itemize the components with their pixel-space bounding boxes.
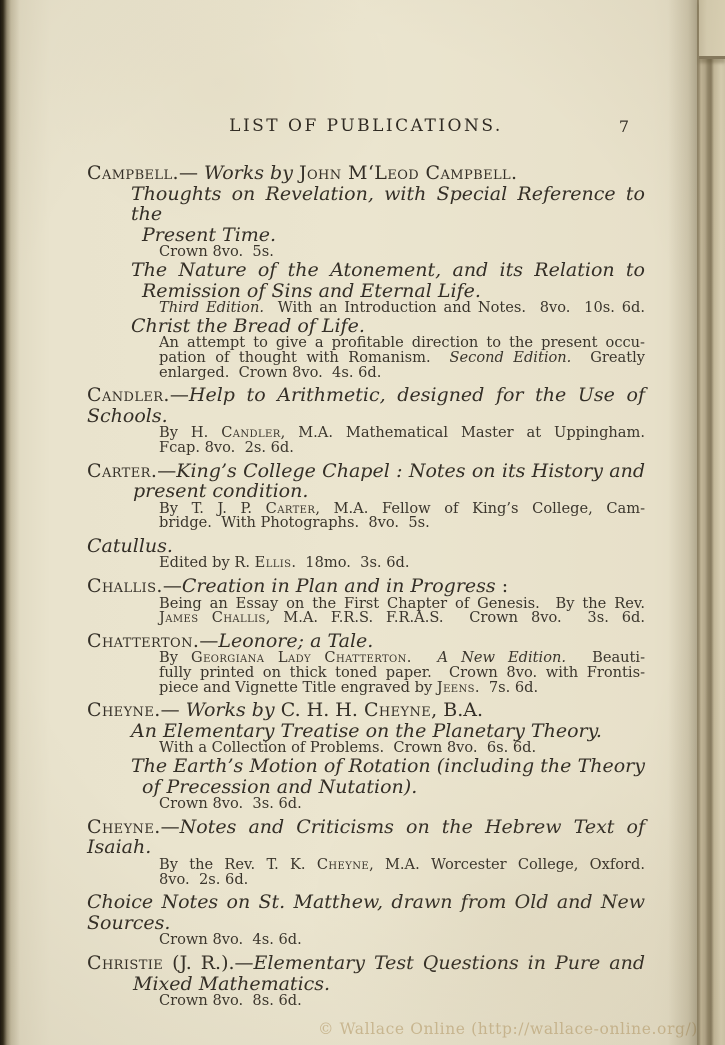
catalog-line: Present Time. xyxy=(142,225,645,246)
catalog-line: With a Collection of Problems. Crown 8vo… xyxy=(159,741,645,756)
text-run: Crown 8vo. 4s. 6d. xyxy=(159,931,302,948)
catalog-line: bridge. With Photographs. 8vo. 5s. xyxy=(159,516,645,531)
text-run: Choice Notes on St. Matthew, drawn from … xyxy=(87,891,645,934)
catalog-line: Campbell.— Works by John M‘Leod Campbell… xyxy=(87,163,645,184)
catalog-line: Remission of Sins and Eternal Life. xyxy=(142,281,645,302)
text-run: Greatly xyxy=(571,349,645,366)
text-run: King’s College Chapel : Notes on its His… xyxy=(176,460,645,482)
catalog-line: Candler.—Help to Arithmetic, designed fo… xyxy=(87,385,645,426)
text-run: — xyxy=(157,460,176,482)
text-run: John M‘Leod Campbell. xyxy=(299,162,517,184)
catalog-line: Christ the Bread of Life. xyxy=(131,316,645,337)
text-run: . 18mo. 3s. 6d. xyxy=(291,554,409,571)
text-run: Carter. xyxy=(87,460,157,482)
text-run: — xyxy=(161,816,180,838)
catalog-line: present condition. xyxy=(133,481,645,502)
text-run: — xyxy=(170,384,189,406)
text-run: Second Edition. xyxy=(450,349,572,366)
catalog-line: The Earth’s Motion of Rotation (includin… xyxy=(131,756,645,777)
text-run: piece and Vignette Title engraved by xyxy=(159,679,437,696)
text-run: Third Edition. xyxy=(159,299,264,316)
text-run: Edited by R. xyxy=(159,554,255,571)
catalog-line: Challis.—Creation in Plan and in Progres… xyxy=(87,576,645,597)
catalog-line: Christie (J. R.).—Elementary Test Questi… xyxy=(87,953,645,974)
text-run: With a Collection of Problems. Crown 8vo… xyxy=(159,739,536,756)
page-edge-stack xyxy=(697,0,725,1045)
text-run: . 7s. 6d. xyxy=(475,679,538,696)
text-run: The Earth’s Motion of Rotation (includin… xyxy=(131,755,645,777)
catalog-line: Chatterton.—Leonore; a Tale. xyxy=(87,631,645,652)
text-run: Jeens xyxy=(437,679,475,696)
text-run: — xyxy=(161,699,186,721)
catalog-line: Crown 8vo. 8s. 6d. xyxy=(159,994,645,1009)
page-surface: LIST OF PUBLICATIONS. 7 Campbell.— Works… xyxy=(0,0,725,1045)
catalog-line: Carter.—King’s College Chapel : Notes on… xyxy=(87,461,645,482)
book-gutter-shadow xyxy=(0,0,20,1045)
catalog: Campbell.— Works by John M‘Leod Campbell… xyxy=(87,163,645,1009)
running-head: LIST OF PUBLICATIONS. 7 xyxy=(87,116,645,136)
text-run: Cheyne. xyxy=(87,699,161,721)
text-run: 8vo. 2s. 6d. xyxy=(159,871,248,888)
catalog-line: Cheyne.— Works by C. H. H. Cheyne, B.A. xyxy=(87,700,645,721)
catalog-line: Crown 8vo. 5s. xyxy=(159,245,645,260)
text-run: James Challis xyxy=(159,609,266,626)
text-run: C. H. H. xyxy=(281,699,364,721)
catalog-line: Crown 8vo. 3s. 6d. xyxy=(159,797,645,812)
catalog-line: Choice Notes on St. Matthew, drawn from … xyxy=(87,892,645,933)
scanned-book-page: LIST OF PUBLICATIONS. 7 Campbell.— Works… xyxy=(0,0,725,1045)
page-number: 7 xyxy=(619,117,629,136)
text-run: Challis. xyxy=(87,575,163,597)
watermark: © Wallace Online (http://wallace-online.… xyxy=(318,1020,698,1038)
text-run: The Nature of the Atonement, and its Rel… xyxy=(131,259,645,281)
text-run: Campbell. xyxy=(87,162,179,184)
catalog-line: Cheyne.—Notes and Criticisms on the Hebr… xyxy=(87,817,645,858)
catalog-line: piece and Vignette Title engraved by Jee… xyxy=(159,681,645,696)
catalog-line: Crown 8vo. 4s. 6d. xyxy=(159,933,645,948)
catalog-line: Third Edition. With an Introduction and … xyxy=(159,301,645,316)
text-run: enlarged. Crown 8vo. 4s. 6d. xyxy=(159,364,381,381)
text-run: Cheyne. xyxy=(87,816,161,838)
text-run: Ellis xyxy=(255,554,292,571)
text-run: Elementary Test Questions in Pure and xyxy=(254,952,645,974)
text-run: Cheyne xyxy=(317,856,369,873)
text-run: , B.A. xyxy=(431,699,483,721)
text-run: , M.A. Mathematical Master at Uppingham. xyxy=(281,424,645,441)
catalog-line: The Nature of the Atonement, and its Rel… xyxy=(131,260,645,281)
text-run: Crown 8vo. 3s. 6d. xyxy=(159,795,302,812)
text-run: (J. R.).— xyxy=(163,952,253,974)
catalog-line: Edited by R. Ellis. 18mo. 3s. 6d. xyxy=(159,556,645,571)
catalog-line: Catullus. xyxy=(87,536,645,557)
catalog-line: Fcap. 8vo. 2s. 6d. xyxy=(159,441,645,456)
text-run: Crown 8vo. 5s. xyxy=(159,243,274,260)
text-run: Thoughts on Revelation, with Special Ref… xyxy=(131,183,645,226)
catalog-line: An Elementary Treatise on the Planetary … xyxy=(131,721,645,742)
catalog-line: James Challis, M.A. F.R.S. F.R.A.S. Crow… xyxy=(159,611,645,626)
page-title: LIST OF PUBLICATIONS. xyxy=(229,116,503,136)
text-run: , M.A. F.R.S. F.R.A.S. Crown 8vo. 3s. 6d… xyxy=(266,609,645,626)
text-run: bridge. With Photographs. 8vo. 5s. xyxy=(159,514,430,531)
text-run: Crown 8vo. 8s. 6d. xyxy=(159,992,302,1009)
text-run: Fcap. 8vo. 2s. 6d. xyxy=(159,439,294,456)
text-run: Cheyne xyxy=(364,699,431,721)
catalog-line: 8vo. 2s. 6d. xyxy=(159,873,645,888)
text-run: Christie xyxy=(87,952,163,974)
text-run: Works by xyxy=(186,699,281,721)
catalog-line: Thoughts on Revelation, with Special Ref… xyxy=(131,184,645,225)
page-corner-notch xyxy=(699,0,725,59)
page-crease-shadow xyxy=(668,0,697,1045)
catalog-line: enlarged. Crown 8vo. 4s. 6d. xyxy=(159,366,645,381)
text-run: , M.A. Worcester College, Oxford. xyxy=(369,856,645,873)
text-run: Works by xyxy=(204,162,299,184)
catalog-line: of Precession and Nutation). xyxy=(142,777,645,798)
text-run: Candler. xyxy=(87,384,170,406)
text-run: With an Introduction and Notes. 8vo. 10s… xyxy=(264,299,645,316)
catalog-line: Mixed Mathematics. xyxy=(133,974,645,995)
text-run: — xyxy=(179,162,204,184)
